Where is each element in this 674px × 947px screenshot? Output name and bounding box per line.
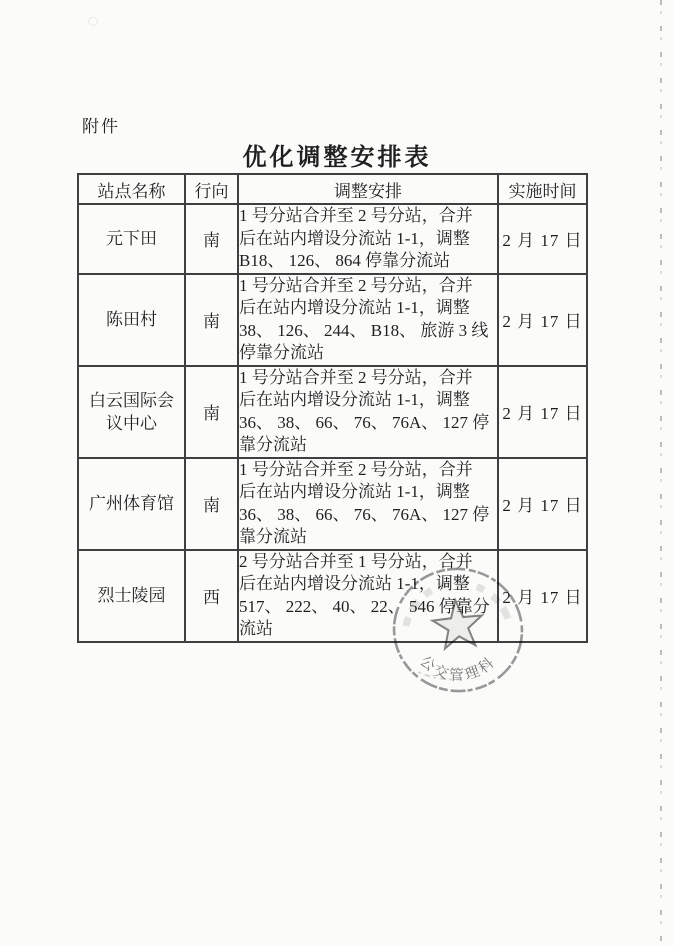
table-row: 白云国际会 议中心 南 1 号分站合并至 2 号分站，合并 后在站内增设分流站 … (78, 366, 587, 458)
station-name-cell: 元下田 (78, 204, 185, 274)
scan-smudge (88, 17, 98, 26)
station-name-cell: 广州体育馆 (78, 458, 185, 550)
arrangement-cell: 1 号分站合并至 2 号分站，合并 后在站内增设分流站 1-1，调整 36、 3… (238, 366, 498, 458)
direction-cell: 南 (185, 204, 238, 274)
header-implementation-time: 实施时间 (498, 174, 587, 204)
arrangement-cell: 1 号分站合并至 2 号分站，合并 后在站内增设分流站 1-1，调整 B18、 … (238, 204, 498, 274)
station-name-cell: 烈士陵园 (78, 550, 185, 642)
direction-cell: 西 (185, 550, 238, 642)
header-arrangement: 调整安排 (238, 174, 498, 204)
direction-cell: 南 (185, 366, 238, 458)
page-title: 优化调整安排表 (0, 137, 674, 172)
date-cell: 2 月 17 日 (498, 366, 587, 458)
table-row: 元下田 南 1 号分站合并至 2 号分站，合并 后在站内增设分流站 1-1，调整… (78, 204, 587, 274)
date-cell: 2 月 17 日 (498, 204, 587, 274)
direction-cell: 南 (185, 458, 238, 550)
adjustment-table: 站点名称 行向 调整安排 实施时间 元下田 南 1 号分站合并至 2 号分站，合… (77, 173, 588, 643)
arrangement-cell: 1 号分站合并至 2 号分站，合并 后在站内增设分流站 1-1，调整 36、 3… (238, 458, 498, 550)
table-row: 陈田村 南 1 号分站合并至 2 号分站，合并 后在站内增设分流站 1-1，调整… (78, 274, 587, 366)
arrangement-cell: 2 号分站合并至 1 号分站，合并 后在站内增设分流站 1-1，调整 517、 … (238, 550, 498, 642)
arrangement-cell: 1 号分站合并至 2 号分站，合并 后在站内增设分流站 1-1，调整 38、 1… (238, 274, 498, 366)
date-cell: 2 月 17 日 (498, 274, 587, 366)
table-row: 广州体育馆 南 1 号分站合并至 2 号分站，合并 后在站内增设分流站 1-1，… (78, 458, 587, 550)
table-header-row: 站点名称 行向 调整安排 实施时间 (78, 174, 587, 204)
table-row: 烈士陵园 西 2 号分站合并至 1 号分站，合并 后在站内增设分流站 1-1，调… (78, 550, 587, 642)
attachment-label: 附件 (82, 112, 120, 137)
date-cell: 2 月 17 日 (498, 550, 587, 642)
station-name-cell: 陈田村 (78, 274, 185, 366)
date-cell: 2 月 17 日 (498, 458, 587, 550)
header-direction: 行向 (185, 174, 238, 204)
header-station-name: 站点名称 (78, 174, 185, 204)
direction-cell: 南 (185, 274, 238, 366)
scanned-document-page: 附件 优化调整安排表 站点名称 行向 调整安排 实施时间 元下田 南 1 号分站… (0, 0, 674, 947)
station-name-cell: 白云国际会 议中心 (78, 366, 185, 458)
scanner-artifact-line (660, 0, 662, 947)
stamp-text: 公交管理科 (416, 653, 499, 684)
